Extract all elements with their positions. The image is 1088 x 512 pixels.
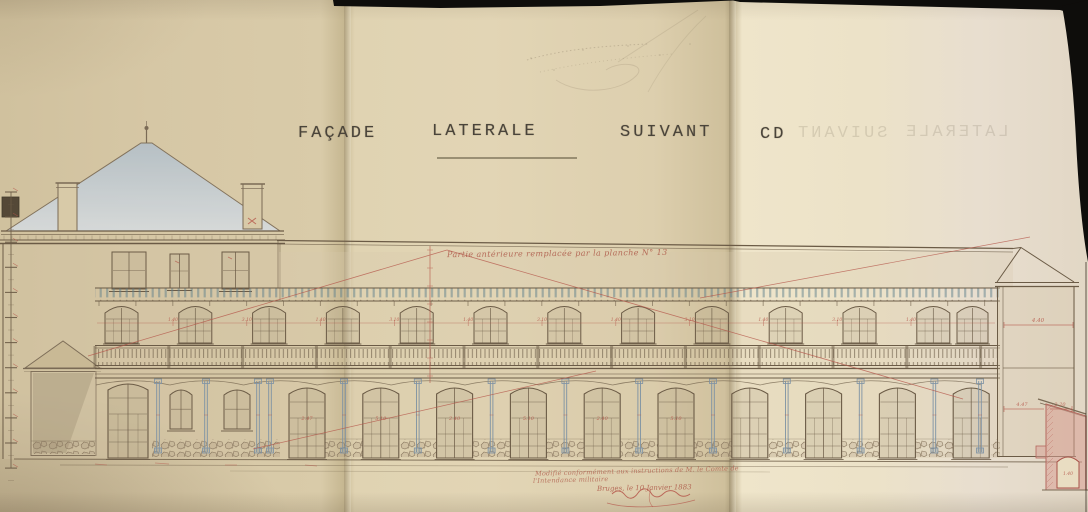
dimension-label: 3.10 xyxy=(537,317,547,323)
dimension-label: 1.40 xyxy=(758,317,768,323)
dimension-label: 1.40 xyxy=(1063,471,1073,477)
dimension-label: 4.47 xyxy=(1015,402,1028,408)
scanned-drawing-sheet: 1.403.101.403.101.403.101.403.101.403.10… xyxy=(0,0,1088,512)
dimension-label: 3.10 xyxy=(685,317,695,323)
dimension-label: 3.10 xyxy=(389,317,399,323)
dimension-label: 1.40 xyxy=(906,317,916,323)
ghost-offset-suivant: SUIVANT xyxy=(795,124,887,143)
title-word-suivant: SUIVANT xyxy=(620,123,712,142)
faded-stamp xyxy=(527,10,706,92)
title-word-laterale: LATERALE xyxy=(432,122,538,141)
dimension-label: 5.10 xyxy=(523,416,535,422)
dimension-label: 1.40 xyxy=(611,317,621,323)
dimension-label: 3.10 xyxy=(832,317,842,323)
dimension-label: 5.10 xyxy=(670,416,682,422)
title-word-facade: FAÇADE xyxy=(298,124,377,143)
dimension-label: 1.40 xyxy=(316,317,326,323)
dimension-label: 2.40 xyxy=(596,416,609,422)
ghost-offset-laterale: LATERALE xyxy=(903,123,1009,142)
dimension-label: 5.10 xyxy=(375,416,387,422)
dimension-label: 1.40 xyxy=(463,317,473,323)
title-underline xyxy=(437,157,577,159)
title-word-cd: CD xyxy=(760,125,786,144)
dimension-label: 1.40 xyxy=(168,317,178,323)
dimension-label: 4.40 xyxy=(1031,318,1045,324)
dimension-label: 2.47 xyxy=(300,416,313,422)
approval-date-line: Bruges, le 10 Janvier 1883 xyxy=(597,483,692,493)
dimension-label: 3.10 xyxy=(242,317,252,323)
dimension-label: 2.20 xyxy=(1053,402,1066,408)
dimension-label: 2.40 xyxy=(448,416,461,422)
